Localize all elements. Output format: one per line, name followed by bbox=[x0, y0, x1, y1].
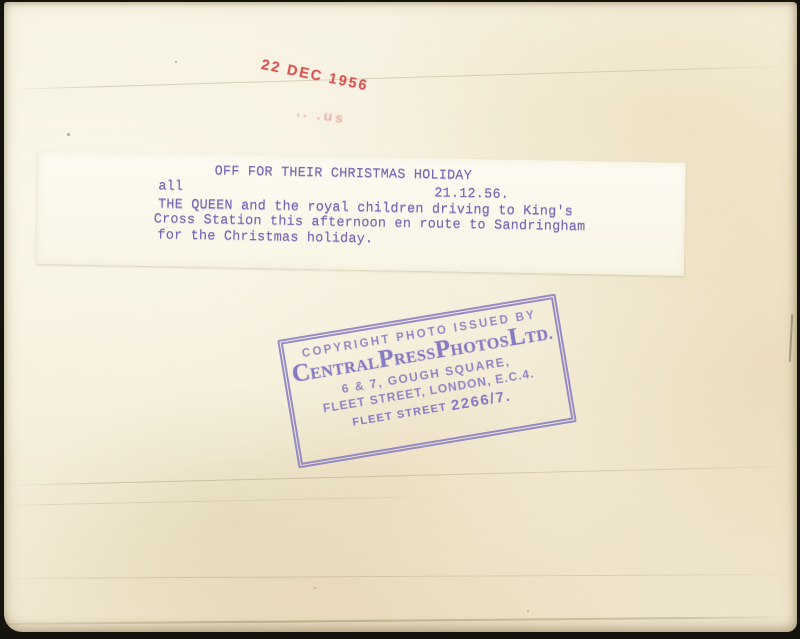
caption-title: OFF FOR THEIR CHRISTMAS HOLIDAY bbox=[215, 164, 473, 184]
paper-crease bbox=[4, 496, 434, 506]
paper-speck bbox=[314, 587, 316, 589]
caption-date: 21.12.56. bbox=[434, 186, 509, 202]
paper-speck bbox=[527, 610, 529, 612]
typed-caption-label: OFF FOR THEIR CHRISTMAS HOLIDAY all 21.1… bbox=[36, 151, 686, 276]
stamp-company-word: LTD. bbox=[508, 326, 555, 350]
paper-crease bbox=[4, 65, 799, 90]
caption-line: for the Christmas holiday. bbox=[157, 228, 373, 247]
photo-verso-paper: 22 DEC 1956 .. .us OFF FOR THEIR CHRISTM… bbox=[4, 2, 797, 632]
caption-note: all bbox=[158, 179, 183, 194]
paper-crease bbox=[4, 616, 799, 625]
paper-speck bbox=[175, 61, 177, 63]
red-date-stamp: 22 DEC 1956 bbox=[260, 57, 370, 94]
faint-partial-stamp: .. .us bbox=[295, 103, 347, 127]
paper-scratch-mark bbox=[789, 314, 794, 362]
paper-speck bbox=[67, 133, 70, 136]
paper-crease bbox=[4, 574, 799, 579]
copyright-agency-stamp: COPYRIGHT PHOTO ISSUED BY CENTRALPRESSPH… bbox=[277, 294, 577, 469]
paper-crease bbox=[4, 466, 799, 486]
